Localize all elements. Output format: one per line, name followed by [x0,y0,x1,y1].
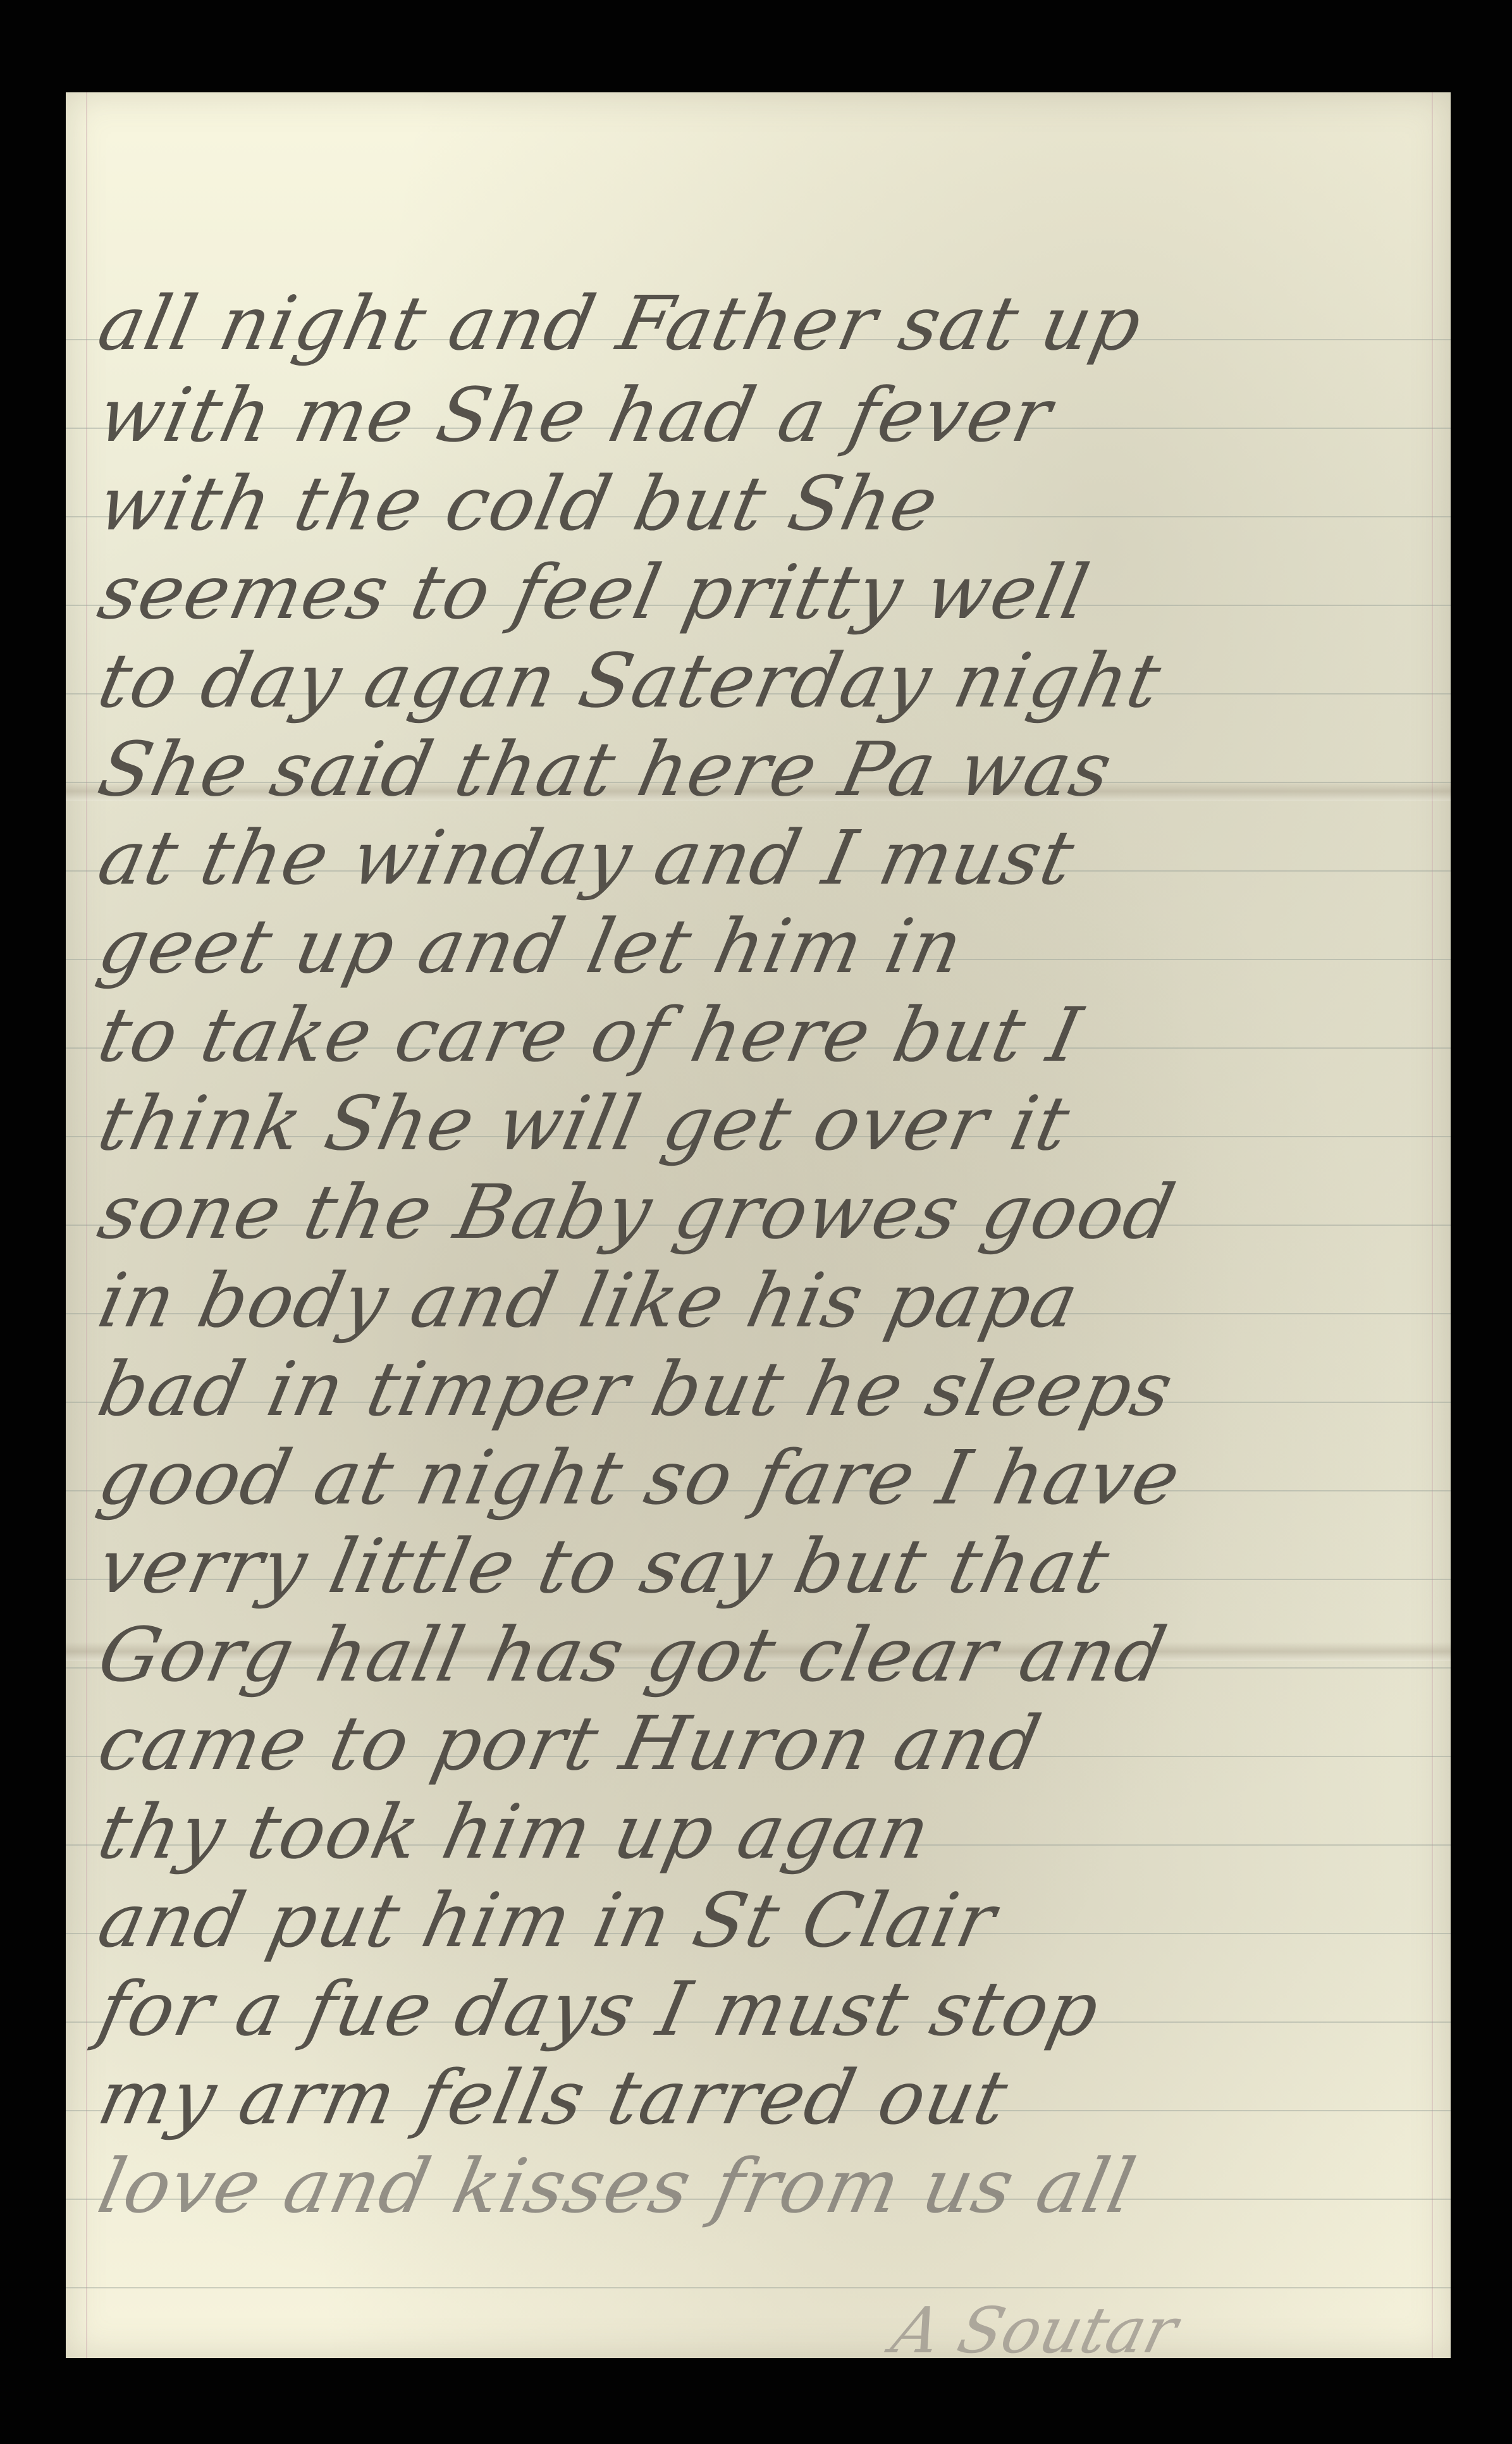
letter-line: and put him in St Clair [91,1876,1004,1965]
letter-line: for a fue days I must stop [91,1965,1108,2053]
letter-line: in body and like his papa [91,1256,1087,1345]
letter-line: think She will get over it [91,1079,1078,1168]
letter-line: good at night so fare I have [91,1433,1189,1522]
letter-line: to take care of here but I [91,991,1090,1079]
letter-line: bad in timper but he sleeps [91,1345,1181,1433]
letter-line: with the cold but She [91,459,947,548]
scan-background: all night and Father sat up with me She … [0,0,1512,2444]
letter-page: all night and Father sat up with me She … [66,92,1451,2358]
letter-line: thy took him up agan [91,1787,938,1876]
letter-line: Gorg hall has got clear and [91,1610,1175,1699]
letter-line: geet up and let him in [91,902,971,991]
letter-line: verry little to say but that [91,1522,1117,1610]
letter-line: all night and Father sat up [91,279,1150,367]
letter-line: came to port Huron and [91,1699,1049,1787]
letter-line: with me She had a fever [91,371,1060,459]
letter-line: She said that here Pa was [91,725,1121,813]
letter-line: my arm fells tarred out [91,2053,1016,2142]
letter-line: love and kisses from us all [91,2142,1144,2230]
ruled-line [66,2287,1451,2288]
letter-line: sone the Baby growes good [91,1168,1183,1256]
signature: A Soutar [885,2293,1184,2367]
letter-line: seemes to feel pritty well [91,548,1097,636]
letter-line: at the winday and I must [91,813,1083,902]
letter-line: to day agan Saterday night [91,636,1169,725]
